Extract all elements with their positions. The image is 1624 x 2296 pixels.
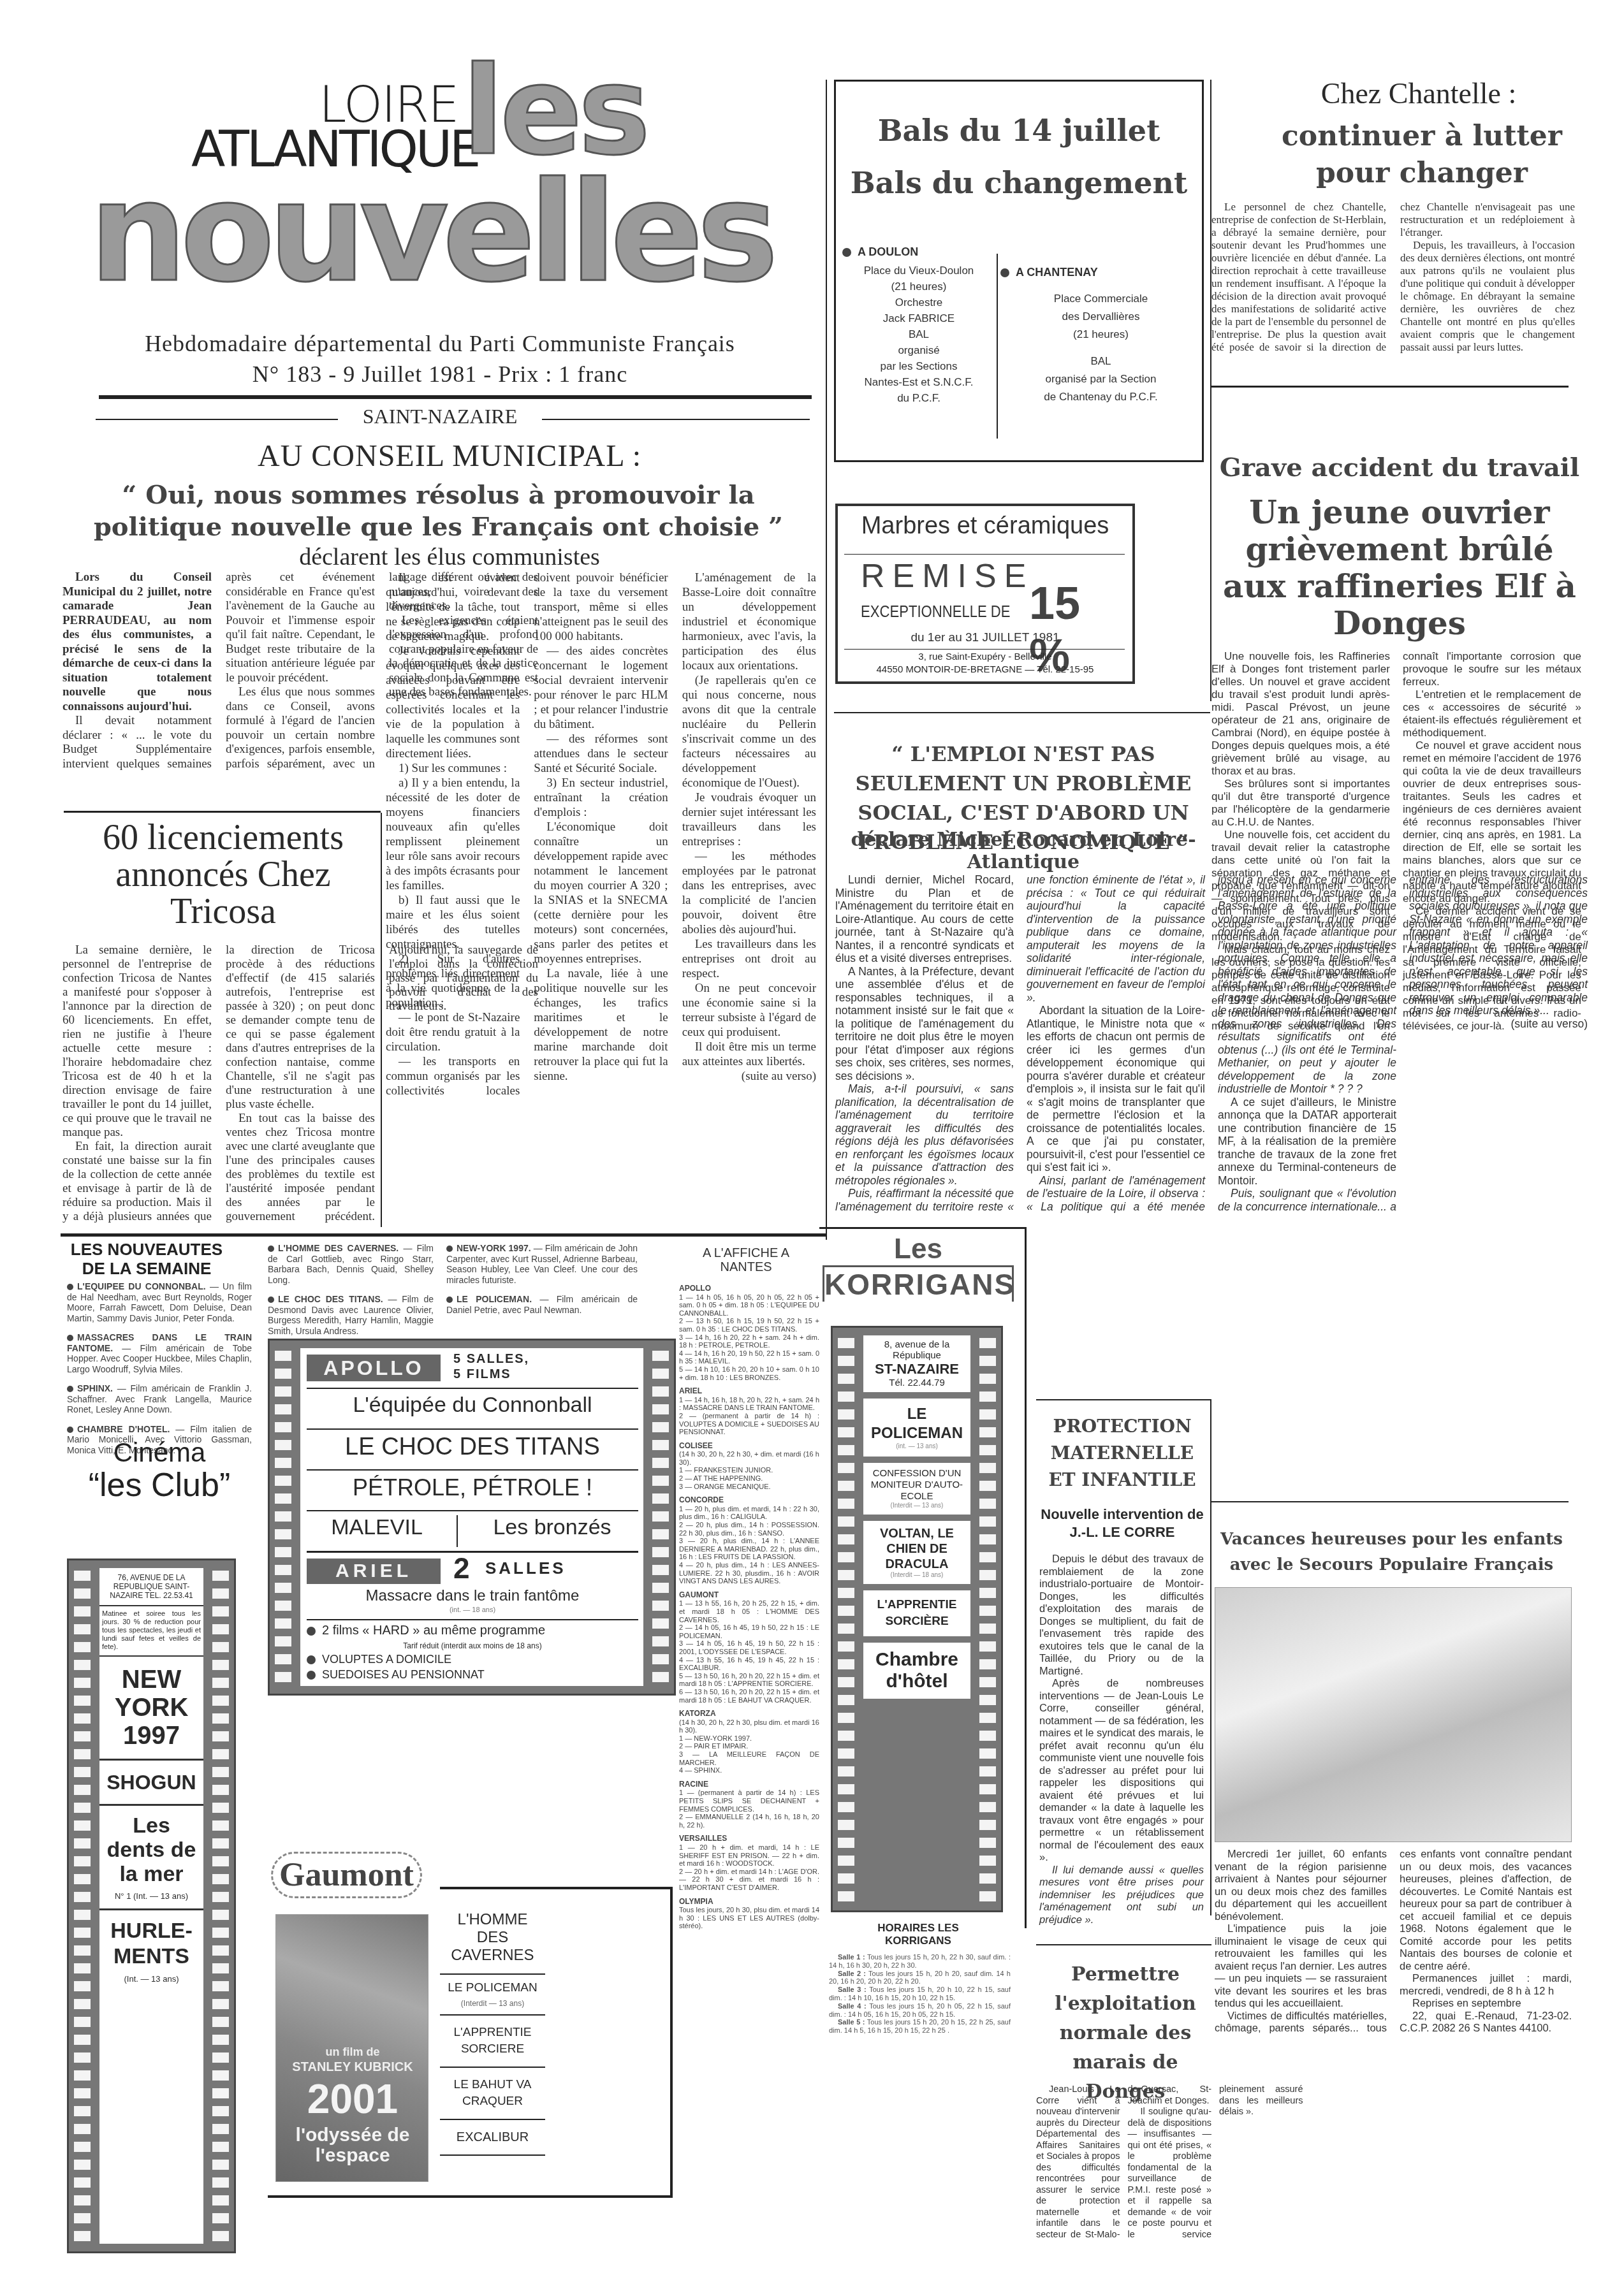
club-panel: 76, AVENUE DE LA REPUBLIQUE SAINT-NAZAIR… (99, 1568, 203, 2244)
showtime-line: 1 — (permanent à partir de 14 h) : LES P… (679, 1789, 819, 1813)
bullet-icon (268, 1246, 274, 1252)
showtime-line: 3 — ORANGE MECANIQUE. (679, 1483, 819, 1492)
bullet-icon (307, 1627, 316, 1636)
poster-line2: STANLEY KUBRICK (276, 2060, 429, 2075)
nouveaute-item: LE POLICEMAN. — Film américain de Daniel… (446, 1294, 638, 1315)
cinema-name: GAUMONT (679, 1591, 819, 1599)
apollo-rule (307, 1551, 638, 1553)
vacances-paragraph: Permanences juillet : mardi, mercredi, v… (1400, 1973, 1572, 1998)
korrigans-film: LE POLICEMAN (865, 1405, 969, 1443)
marbres-rule (844, 554, 1125, 555)
apollo-film: L'équipée du Connonball (300, 1393, 645, 1418)
gaumont-film-list: L'HOMME DES CAVERNES LE POLICEMAN (Inter… (440, 1911, 545, 2156)
apollo-rule (307, 1428, 638, 1430)
chantelle-paragraph: Depuis, les travailleurs, à l'occasion d… (1400, 239, 1575, 354)
chantelle-headline-line1: Chez Chantelle : (1215, 76, 1623, 110)
bals-title-line1: Bals du 14 juillet (836, 113, 1202, 148)
protection-paragraph: Après de nombreuses interventions — de J… (1039, 1678, 1204, 1864)
club-film: Les dents de la mer (102, 1813, 201, 1886)
affiche-cinema: COLISEE (14 h 30, 20 h, 22 h 30, + dim. … (679, 1442, 819, 1492)
ariel-logo: ARIEL (307, 1559, 441, 1584)
marbres-exceptionnelle: EXCEPTIONNELLE DE (861, 602, 1011, 621)
apollo-divider (457, 1515, 458, 1547)
cinema-name: KATORZA (679, 1710, 819, 1718)
showtime-line: 3 — 14 h, 16 h 20, 22 h + sam. 24 h + di… (679, 1334, 819, 1350)
bals-left: A DOULON Place du Vieux-Doulon (21 heure… (842, 244, 995, 406)
apollo-rule (307, 1510, 638, 1511)
gaumont-film: L'APPRENTIE SORCIERE (440, 2016, 545, 2068)
bullet-icon (67, 1335, 73, 1341)
affiche-cinema: CONCORDE 1 — 20 h, plus dim. et mardi, 1… (679, 1496, 819, 1586)
conseil-paragraph: 3) En secteur industriel, entraînant la … (534, 776, 668, 820)
protection-subhead: Nouvelle intervention de J.-L. LE CORRE (1036, 1506, 1208, 1541)
apollo-rule (307, 1388, 638, 1389)
conseil-body-left: Lors du Conseil Municipal du 2 juillet, … (62, 570, 375, 781)
bullet-icon (67, 1386, 73, 1392)
marbres-title: Marbres et céramiques (838, 512, 1132, 540)
cinema-name: OLYMPIA (679, 1898, 819, 1906)
masthead-rule (99, 395, 812, 399)
showtime-line: 3 — 20 h, plus dim., 14 h : L'ANNEE DERN… (679, 1537, 819, 1562)
showtime-line: 1 — 14 h, 16 h, 18 h, 20 h, 22 h, + sam.… (679, 1397, 819, 1413)
cinema-name: VERSAILLES (679, 1835, 819, 1843)
nouveautes-list-right: NEW-YORK 1997. — Film américain de John … (446, 1243, 638, 1324)
rocard-paragraph: Abordant la situation de la Loire-Atlant… (1027, 1004, 1205, 1174)
korrigans-film-block: LE POLICEMAN (int. — 13 ans) (863, 1399, 970, 1457)
korrigans-film-block: VOLTAN, LE CHIEN DE DRACULA (Interdit — … (863, 1521, 970, 1584)
ariel-film: Massacre dans le train fantôme (300, 1587, 645, 1605)
section-rule (1036, 1944, 1211, 1945)
marbres-address2: 44550 MONTOIR-DE-BRETAGNE — Tél. 22-15-9… (838, 664, 1132, 675)
elf-paragraph: Une nouvelle fois, cet accident du trava… (1211, 829, 1390, 943)
bals-right-place: A CHANTENAY (1000, 263, 1201, 281)
korrigans-film-block: CONFESSION D'UN MONITEUR D'AUTO-ECOLE (I… (863, 1463, 970, 1515)
showtime-line: 1 — FRANKESTEIN JUNIOR. (679, 1467, 819, 1475)
cinema-name: COLISEE (679, 1442, 819, 1450)
showtime-line: 1 — NEW-YORK 1997. (679, 1735, 819, 1743)
showtime-line: 3 — LA MEILLEURE FAÇON DE MARCHER. (679, 1751, 819, 1767)
conseil-kicker: SAINT-NAZAIRE (338, 405, 542, 428)
horaire-line: Salle 4 : Tous les jours 15 h, 20 h 05, … (829, 2003, 1011, 2019)
showtime-line: 1 — 20 h + dim. et mardi, 14 h : LE SHER… (679, 1844, 819, 1868)
cinema-name: APOLLO (679, 1284, 819, 1293)
horaire-line: Salle 3 : Tous les jours 15 h, 20 h 10, … (829, 1986, 1011, 2003)
ariel-hard-film: SUEDOISES AU PENSIONNAT (307, 1668, 485, 1682)
conseil-paragraph: L'économique doit connaître un développe… (534, 820, 668, 966)
affiche-cinema: KATORZA (14 h 30, 20 h, 22 h 30, plsu di… (679, 1710, 819, 1775)
bullet-icon (842, 248, 851, 257)
club-title: “les Club” (67, 1466, 252, 1504)
ariel-hard-line: 2 films « HARD » au même programme (307, 1624, 545, 1638)
bullet-icon (67, 1284, 73, 1290)
cinema-name: CONCORDE (679, 1496, 819, 1504)
elf-paragraph: Ses brûlures sont si importantes qu'il d… (1211, 778, 1390, 829)
apollo-films-count: 5 FILMS (453, 1367, 511, 1382)
gaumont-box: un film de STANLEY KUBRICK 2001 l'odyssé… (268, 1889, 673, 2198)
masthead-title-main: nouvelles (89, 169, 772, 296)
affiche-cinema: APOLLO 1 — 14 h 05, 16 h 05, 20 h 05, 22… (679, 1284, 819, 1382)
showtime-line: 4 — 20 h, plus dim., 14 h : LES ANNEES-L… (679, 1562, 819, 1586)
showtime-line: 2 — 13 h 50, 16 h 15, 19 h 50, 22 h 15 +… (679, 1318, 819, 1333)
club-film-note: (Int. — 13 ans) (102, 1974, 201, 1984)
showtime-line: 5 — 13 h 50, 16 h, 20 h 20, 22 h 15 + di… (679, 1673, 819, 1689)
korrigans-logo: KORRIGANS (823, 1265, 1014, 1302)
conseil-paragraph: (Je rapellerais qu'en ce qui nous concer… (682, 673, 816, 790)
affiche-title: A L'AFFICHE A NANTES (682, 1246, 810, 1274)
club-title-top: Cinéma (67, 1437, 252, 1468)
masthead-issue-line: N° 183 - 9 Juillet 1981 - Prix : 1 franc (89, 361, 791, 388)
gaumont-film-note: (Interdit — 13 ans) (440, 1999, 545, 2008)
masthead: LOIRE ATLANTIQUE les nouvelles (64, 70, 816, 338)
protection-body: Depuis le début des travaux de remblaiem… (1039, 1553, 1204, 1926)
showtime-line: 2 — EMMANUELLE 2 (14 h, 16 h, 18 h, 20 h… (679, 1813, 819, 1829)
section-rule (1211, 1501, 1569, 1502)
showtime-line: 2 — 14 h 05, 16 h 45, 19 h 50, 22 h 15 :… (679, 1624, 819, 1640)
bullet-icon (67, 1427, 73, 1433)
club-info: Matinee et soiree tous les jours. 30 % d… (99, 1606, 203, 1657)
club-film: HURLE-MENTS (102, 1918, 201, 1969)
elf-body: Une nouvelle fois, les Raffineries Elf à… (1211, 650, 1581, 1472)
korrigans-film: VOLTAN, LE CHIEN DE DRACULA (865, 1526, 969, 1572)
marbres-dates: du 1er au 31 JUILLET 1981 (838, 631, 1132, 645)
showtime-line: 2 — (permanent à partir de 14 h) : VOLUP… (679, 1413, 819, 1437)
vacances-paragraph: Reprises en septembre (1400, 1998, 1572, 2010)
showtime-line: 1 — 14 h 05, 16 h 05, 20 h 05, 22 h 05 +… (679, 1294, 819, 1318)
apollo-salles: 5 SALLES, (453, 1352, 529, 1367)
korrigans-panel: 8, avenue de la République ST-NAZAIRE Té… (863, 1335, 970, 1903)
showtime-line: 6 — 13 h 50, 16 h, 20 h 20, 22 h 15 + di… (679, 1689, 819, 1704)
chantelle-headline-line2: continuer à lutter pour changer (1282, 118, 1562, 192)
korrigans-film-note: (Interdit — 13 ans) (865, 1502, 969, 1509)
gaumont-film: EXCALIBUR (440, 2120, 545, 2156)
nouveaute-item: L'HOMME DES CAVERNES. — Film de Carl Got… (268, 1243, 434, 1285)
vacances-paragraph: L'impatience puis la joie illuminaient l… (1215, 1923, 1387, 2010)
nouveaute-item: NEW-YORK 1997. — Film américain de John … (446, 1243, 638, 1285)
affiche-cinema: GAUMONT 1 — 13 h 55, 16 h, 20 h 25, 22 h… (679, 1591, 819, 1704)
ariel-salles-num: 2 (453, 1551, 470, 1585)
elf-headline: Un jeune ouvrier grièvement brûlé aux ra… (1211, 494, 1588, 642)
bals-left-place: A DOULON (842, 244, 995, 260)
korrigans-film: CONFESSION D'UN MONITEUR D'AUTO-ECOLE (865, 1468, 969, 1502)
section-rule (834, 712, 1210, 713)
marais-body: Jean-Louis Le Corre vient à nouveau d'in… (1036, 2084, 1211, 2244)
showtime-line: 2 — AT THE HAPPENING. (679, 1475, 819, 1483)
tricosa-body: La semaine dernière, le personnel de l'e… (62, 943, 375, 1227)
conseil-quote: “ Oui, nous sommes résolus à promouvoir … (61, 479, 816, 543)
showtime-line: 4 — SPHINX. (679, 1767, 819, 1775)
nouveautes-title: LES NOUVEAUTES DE LA SEMAINE (70, 1240, 223, 1278)
korrigans-film: L'APPRENTIE SORCIÈRE (865, 1597, 969, 1630)
gaumont-top-rule (440, 1887, 673, 1889)
showtime-line: 2 — PAIR ET IMPAIR. (679, 1743, 819, 1751)
gaumont-poster: un film de STANLEY KUBRICK 2001 l'odyssé… (275, 1914, 428, 2182)
rocard-paragraph: Lundi dernier, Michel Rocard, Ministre d… (835, 873, 1014, 965)
kicker-rule-left (96, 419, 338, 420)
apollo-film: Les bronzés (460, 1515, 645, 1540)
gaumont-film: LE BAHUT VA CRAQUER (440, 2068, 545, 2120)
apollo-film: PÉTROLE, PÉTROLE ! (300, 1474, 645, 1501)
showtime-line: 1 — 20 h, plus dim. et mardi, 14 h : 22 … (679, 1506, 819, 1522)
conseil-paragraph: La navale, liée à une politique nouvelle… (534, 966, 668, 1084)
vacances-photo (1215, 1587, 1572, 1842)
club-film: NEW YORK 1997 (99, 1657, 203, 1761)
club-filmstrip: 76, AVENUE DE LA REPUBLIQUE SAINT-NAZAIR… (67, 1559, 236, 2253)
rocard-deck: déclare Michel Rocard en Loire-Atlantiqu… (829, 829, 1218, 873)
poster-line1: un film de (276, 2045, 429, 2059)
tricosa-paragraph: La semaine dernière, le personnel de l'e… (62, 943, 212, 1140)
ariel-rule (307, 1619, 638, 1620)
korrigans-horaires: Salle 1 : Tous les jours 15 h, 20 h, 22 … (829, 1954, 1011, 2035)
masthead-subtitle: Hebdomadaire départemental du Parti Comm… (89, 330, 791, 357)
marbres-address1: 3, rue Saint-Exupéry - Belleville (838, 651, 1132, 662)
bals-divider (997, 254, 998, 439)
bullet-icon (307, 1655, 316, 1664)
apollo-ariel-filmstrip: APOLLO 5 SALLES, 5 FILMS L'équipée du Co… (268, 1339, 676, 1696)
bals-right: A CHANTENAY Place Commerciale des Derval… (1000, 263, 1201, 406)
cinema-section-rule (61, 1233, 826, 1237)
conseil-paragraph: — des aides concrètes concernant le loge… (534, 644, 668, 732)
horaire-line: Salle 5 : Tous les jours 15 h 20, 20 h 1… (829, 2019, 1011, 2035)
korrigans-film-note: (int. — 13 ans) (865, 1443, 969, 1450)
conseil-paragraph: L'aménagement de la Basse-Loire doit con… (682, 570, 816, 673)
club-film: SHOGUN (99, 1761, 203, 1806)
affiche-cinema: OLYMPIA Tous les jours, 20 h 30, plsu di… (679, 1898, 819, 1931)
nouveautes-list-left: L'EQUIPEE DU CONNONBAL. — Un film de Hal… (67, 1281, 252, 1464)
apollo-panel: APOLLO 5 SALLES, 5 FILMS L'équipée du Co… (300, 1348, 643, 1686)
tricosa-rule (64, 811, 381, 813)
conseil-paragraph: — les méthodes employées par le patronat… (682, 849, 816, 937)
elf-paragraph: Ce dernier accident vient de se dérouler… (1403, 905, 1581, 1033)
apollo-film: LE CHOC DES TITANS (300, 1434, 645, 1461)
chantelle-body: Le personnel de chez Chantelle, entrepri… (1211, 201, 1575, 376)
bullet-icon (1000, 268, 1009, 277)
apollo-logo: APOLLO (307, 1355, 441, 1381)
club-address: 76, AVENUE DE LA REPUBLIQUE SAINT-NAZAIR… (99, 1568, 203, 1606)
showtime-line: (14 h 30, 20 h, 22 h 30, + dim. et mardi… (679, 1451, 819, 1467)
showtime-line: 4 — 13 h 55, 16 h 45, 19 h 45, 22 h 15 :… (679, 1657, 819, 1673)
korrigans-filmstrip: 8, avenue de la République ST-NAZAIRE Té… (831, 1326, 1003, 1912)
elf-paragraph: Une nouvelle fois, les Raffineries Elf à… (1211, 650, 1390, 778)
poster-line3: 2001 (276, 2075, 429, 2123)
bullet-icon (307, 1671, 316, 1680)
conseil-headline: AU CONSEIL MUNICIPAL : (89, 439, 810, 474)
showtime-line: 2 — 20 h + dim. et mardi 14 h : L'AGE D'… (679, 1868, 819, 1893)
club-film-block: HURLE-MENTS (Int. — 13 ans) (99, 1910, 203, 1991)
elf-paragraph: Ce nouvel et grave accident nous remet e… (1403, 739, 1581, 905)
gaumont-film: L'HOMME DES CAVERNES (440, 1911, 545, 1975)
conseil-paragraph: — des réformes sont attendues dans le se… (534, 732, 668, 776)
poster-line4: l'odyssée de l'espace (276, 2125, 429, 2166)
protection-box: PROTECTION MATERNELLE ET INFANTILE Nouve… (1036, 1399, 1211, 1915)
section-rule (1211, 386, 1569, 388)
protection-headline: PROTECTION MATERNELLE ET INFANTILE (1036, 1413, 1208, 1493)
ariel-film-note: (int. — 18 ans) (300, 1606, 645, 1614)
bullet-icon (446, 1297, 453, 1303)
korrigans-film-block: Chambre d'hôtel (863, 1643, 970, 1699)
conseil-paragraph: Les exigences étaient l'expression d'un … (389, 614, 538, 700)
showtime-line: 2 — 20 h, plus dim., 14 h : POSSESSION. … (679, 1522, 819, 1537)
affiche-cinema: ARIEL 1 — 14 h, 16 h, 18 h, 20 h, 22 h, … (679, 1387, 819, 1437)
marbres-ad: Marbres et céramiques REMISE EXCEPTIONNE… (835, 504, 1135, 684)
korrigans-address: 8, avenue de la République ST-NAZAIRE Té… (863, 1335, 970, 1392)
elf-kicker: Grave accident du travail (1211, 453, 1588, 483)
ariel-salles: SALLES (485, 1559, 566, 1578)
korrigans-film: Chambre d'hôtel (865, 1649, 969, 1692)
korrigans-film-block: L'APPRENTIE SORCIÈRE (863, 1590, 970, 1636)
nouveaute-item: L'EQUIPEE DU CONNONBAL. — Un film de Hal… (67, 1281, 252, 1323)
elf-paragraph: L'entretien et le remplacement de ces « … (1403, 688, 1581, 739)
showtime-line: 1 — 13 h 55, 16 h, 20 h 25, 22 h 15, + d… (679, 1600, 819, 1624)
marbres-remise: REMISE (861, 557, 1034, 595)
protection-paragraph: Il lui demande aussi « quelles mesures v… (1039, 1864, 1204, 1927)
vacances-paragraph: 22, quai E.-Renaud, 71-23-02. C.C.P. 208… (1400, 2010, 1572, 2035)
korrigans-logo-top: Les (823, 1233, 1014, 1265)
conseil-paragraph: On ne peut concevoir une économie saine … (682, 981, 816, 1040)
affiche-cinema: RACINE 1 — (permanent à partir de 14 h) … (679, 1780, 819, 1830)
horaire-line: Salle 1 : Tous les jours 15 h, 20 h, 22 … (829, 1954, 1011, 1970)
bullet-icon (268, 1297, 274, 1303)
cinema-name: RACINE (679, 1780, 819, 1789)
nouveaute-item: SPHINX. — Film américain de Franklin J. … (67, 1383, 252, 1415)
nouveaute-item: MASSACRES DANS LE TRAIN FANTOME. — Film … (67, 1332, 252, 1374)
rocard-paragraph: Mais, a-t-il poursuivi, « sans planifica… (835, 1082, 1014, 1187)
apollo-film: MALEVIL (300, 1515, 453, 1540)
ariel-hard-note: Tarif réduit (interdit aux moins de 18 a… (300, 1641, 645, 1650)
apollo-rule (307, 1469, 638, 1471)
affiche-list: APOLLO 1 — 14 h 05, 16 h 05, 20 h 05, 22… (679, 1284, 819, 1931)
affiche-cinema: VERSAILLES 1 — 20 h + dim. et mardi, 14 … (679, 1835, 819, 1892)
marbres-rule (844, 649, 1125, 650)
club-film-block: Les dents de la mer N° 1 (Int. — 13 ans) (99, 1806, 203, 1910)
ariel-hard-film: VOLUPTES A DOMICILE (307, 1653, 451, 1666)
protection-paragraph: Depuis le début des travaux de remblaiem… (1039, 1553, 1204, 1678)
conseil-paragraph: Je voudrais évoquer un dernier sujet int… (682, 790, 816, 849)
korrigans-horaires-title: HORAIRES LES KORRIGANS (848, 1922, 988, 1947)
korrigans-film-note: (Interdit — 18 ans) (865, 1572, 969, 1579)
showtime-line: 4 — 14 h, 16 h 20, 19 h 50, 22 h 15 + sa… (679, 1350, 819, 1366)
conseil-deck: déclarent les élus communistes (89, 543, 810, 571)
showtime-line: 5 — 14 h 10, 16 h 20, 20 h 10 + sam. 0 h… (679, 1366, 819, 1382)
gaumont-film-block: LE POLICEMAN (Interdit — 13 ans) (440, 1975, 545, 2016)
kicker-rule-right (542, 419, 810, 420)
bullet-icon (446, 1246, 453, 1252)
conseil-paragraph: — le pont de St-Nazaire doit être rendu … (386, 1010, 520, 1054)
cinema-name: ARIEL (679, 1387, 819, 1395)
rocard-paragraph: A Nantes, à la Préfecture, devant une as… (835, 965, 1014, 1083)
continued-link[interactable]: (suite au verso) (682, 1069, 816, 1084)
nouveaute-item: LE CHOC DES TITANS. — Film de Desmond Da… (268, 1294, 434, 1336)
showtime-line: (14 h 30, 20 h, 22 h 30, plsu dim. et ma… (679, 1719, 819, 1735)
horaire-line: Salle 2 : Tous les jours 15 h, 20 h 20, … (829, 1970, 1011, 1987)
club-film-note: N° 1 (Int. — 13 ans) (102, 1891, 201, 1901)
showtime-line: 3 — 14 h 05, 16 h 45, 19 h 50, 22 h 15 :… (679, 1640, 819, 1656)
masthead-title-top: les (462, 54, 647, 169)
tricosa-headline: 60 licenciements annoncés Chez Tricosa (89, 819, 357, 930)
conseil-paragraph: 1) Sur les communes : (386, 761, 520, 776)
bals-title-line2: Bals du changement (836, 166, 1202, 200)
column-rule (826, 80, 827, 1240)
bals-ad: Bals du 14 juillet Bals du changement A … (834, 80, 1204, 462)
conseil-paragraph: Les travailleurs dans les entreprises on… (682, 937, 816, 981)
conseil-paragraph: a) Il y a bien entendu, la nécessité de … (386, 776, 520, 893)
conseil-paragraph: Il doit être mis un terme aux atteintes … (682, 1040, 816, 1069)
gaumont-film: LE POLICEMAN (440, 1981, 545, 1995)
photo-caption: Mercredi 1er juillet, 60 enfants venant … (1215, 1849, 1387, 1923)
column-rule (381, 813, 382, 1227)
conseil-paragraph: Lors du Conseil Municipal du 2 juillet, … (62, 570, 212, 714)
vacances-headline: Vacances heureuses pour les enfants avec… (1215, 1527, 1569, 1578)
showtime-line: Tous les jours, 20 h 30, plsu dim. et ma… (679, 1907, 819, 1931)
